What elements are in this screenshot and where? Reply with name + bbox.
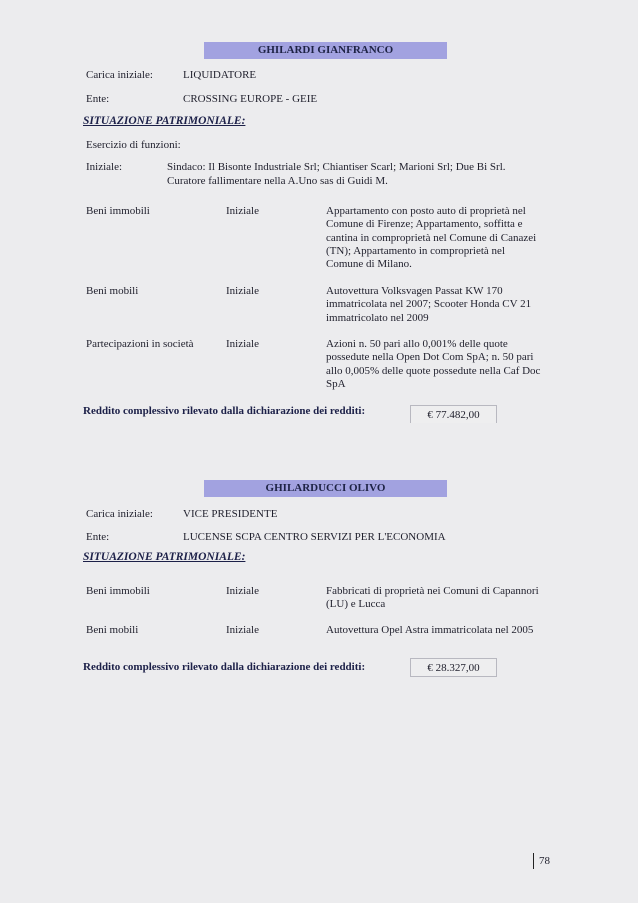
asset-description: Fabbricati di proprietà nei Comuni di Ca… bbox=[326, 585, 566, 612]
asset-line: immatricolata nel 2007; Scooter Honda CV… bbox=[326, 298, 566, 311]
asset-line: allo 0,005% delle quote possedute nella … bbox=[326, 365, 566, 378]
asset-line: Fabbricati di proprietà nei Comuni di Ca… bbox=[326, 585, 566, 598]
income-label: Reddito complessivo rilevato dalla dichi… bbox=[83, 405, 365, 417]
asset-phase: Iniziale bbox=[226, 285, 259, 298]
document-page: GHILARDI GIANFRANCO Carica iniziale: LIQ… bbox=[0, 0, 638, 903]
income-value-box: € 77.482,00 bbox=[410, 405, 497, 423]
carica-label: Carica iniziale: bbox=[86, 507, 153, 521]
income-value-box: € 28.327,00 bbox=[410, 658, 497, 677]
section-title: SITUAZIONE PATRIMONIALE: bbox=[83, 551, 245, 563]
carica-value: VICE PRESIDENTE bbox=[183, 507, 277, 521]
asset-category: Beni mobili bbox=[86, 624, 138, 637]
asset-category: Partecipazioni in società bbox=[86, 338, 194, 351]
page-number: 78 bbox=[533, 853, 550, 869]
asset-category: Beni immobili bbox=[86, 585, 150, 598]
income-label: Reddito complessivo rilevato dalla dichi… bbox=[83, 661, 365, 673]
asset-line: cantina in comproprietà nel Comune di Ca… bbox=[326, 232, 566, 245]
iniziale-label: Iniziale: bbox=[86, 160, 122, 174]
ente-value: LUCENSE SCPA CENTRO SERVIZI PER L'ECONOM… bbox=[183, 530, 446, 544]
asset-line: Autovettura Opel Astra immatricolata nel… bbox=[326, 624, 566, 637]
ente-value: CROSSING EUROPE - GEIE bbox=[183, 92, 317, 106]
iniziale-value-line: Curatore fallimentare nella A.Uno sas di… bbox=[167, 174, 388, 188]
asset-line: immatricolato nel 2009 bbox=[326, 312, 566, 325]
asset-description: Appartamento con posto auto di proprietà… bbox=[326, 205, 566, 271]
asset-line: Comune di Milano. bbox=[326, 258, 566, 271]
asset-line: SpA bbox=[326, 378, 566, 391]
asset-phase: Iniziale bbox=[226, 338, 259, 351]
asset-description: Autovettura Volksvagen Passat KW 170 imm… bbox=[326, 285, 566, 325]
asset-description: Autovettura Opel Astra immatricolata nel… bbox=[326, 624, 566, 637]
asset-category: Beni mobili bbox=[86, 285, 138, 298]
ente-label: Ente: bbox=[86, 530, 109, 544]
carica-label: Carica iniziale: bbox=[86, 68, 153, 82]
asset-line: (LU) e Lucca bbox=[326, 598, 566, 611]
asset-phase: Iniziale bbox=[226, 585, 259, 598]
iniziale-value-line: Sindaco: Il Bisonte Industriale Srl; Chi… bbox=[167, 160, 506, 174]
asset-phase: Iniziale bbox=[226, 624, 259, 637]
asset-description: Azioni n. 50 pari allo 0,001% delle quot… bbox=[326, 338, 566, 391]
asset-line: possedute nella Open Dot Com SpA; n. 50 … bbox=[326, 351, 566, 364]
asset-category: Beni immobili bbox=[86, 205, 150, 218]
carica-value: LIQUIDATORE bbox=[183, 68, 256, 82]
asset-phase: Iniziale bbox=[226, 205, 259, 218]
person-name-header: GHILARDI GIANFRANCO bbox=[204, 42, 447, 59]
asset-line: (TN); Appartamento in comproprietà nel bbox=[326, 245, 566, 258]
esercizio-label: Esercizio di funzioni: bbox=[86, 138, 181, 152]
asset-line: Autovettura Volksvagen Passat KW 170 bbox=[326, 285, 566, 298]
asset-line: Azioni n. 50 pari allo 0,001% delle quot… bbox=[326, 338, 566, 351]
section-title: SITUAZIONE PATRIMONIALE: bbox=[83, 115, 245, 127]
ente-label: Ente: bbox=[86, 92, 109, 106]
asset-line: Appartamento con posto auto di proprietà… bbox=[326, 205, 566, 218]
person-name-header: GHILARDUCCI OLIVO bbox=[204, 480, 447, 497]
asset-line: Comune di Firenze; Appartamento, soffitt… bbox=[326, 218, 566, 231]
